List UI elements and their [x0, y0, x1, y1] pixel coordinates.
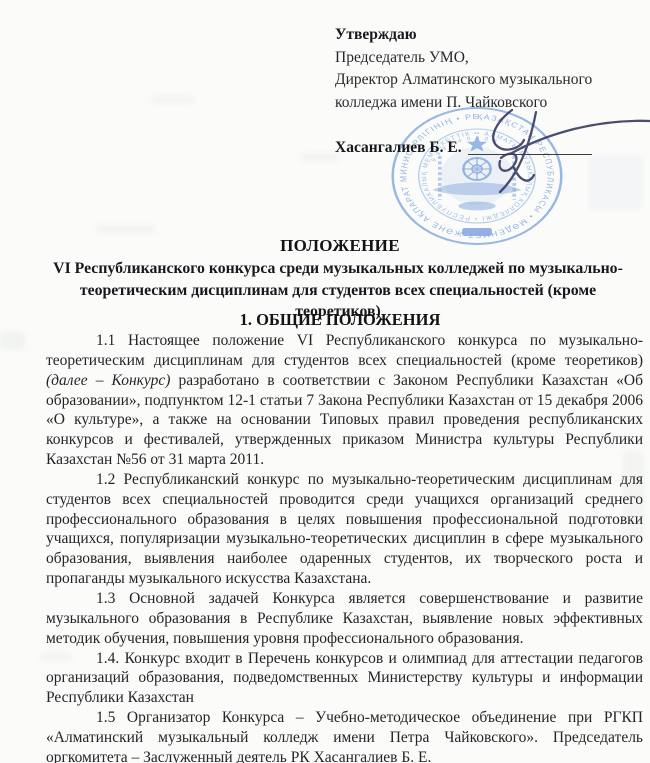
paragraph-1-3: 1.3 Основной задачей Конкурса является с… [46, 589, 643, 649]
section-1-heading: 1. ОБЩИЕ ПОЛОЖЕНИЯ [40, 310, 640, 330]
scan-artifact [150, 95, 195, 104]
signature-stroke-loop [493, 110, 524, 150]
approval-org-line1: Директор Алматинского музыкального [335, 69, 635, 92]
paragraph-1-1-pre: 1.1 Настоящее положение VI Республиканск… [46, 332, 643, 369]
paragraph-1-2: 1.2 Республиканский конкурс по музыкальн… [46, 470, 643, 589]
paragraph-1-4: 1.4. Конкурс входит в Перечень конкурсов… [46, 649, 643, 709]
scan-artifact [300, 152, 340, 162]
paragraph-1-1: 1.1 Настоящее положение VI Республиканск… [46, 331, 643, 470]
approval-word: Утверждаю [335, 24, 635, 47]
emblem-banner [462, 228, 492, 236]
scanned-document-page: Утверждаю Председатель УМО, Директор Алм… [0, 0, 650, 763]
document-body: 1.1 Настоящее положение VI Республиканск… [46, 331, 643, 763]
scan-artifact [95, 225, 155, 233]
document-title: ПОЛОЖЕНИЕ [40, 236, 640, 256]
paragraph-1-1-italic-term: (далее – Конкурс) [46, 372, 170, 389]
handwritten-signature [440, 98, 650, 223]
paragraph-1-5: 1.5 Организатор Конкурса – Учебно-методи… [46, 708, 643, 763]
approval-position: Председатель УМО, [335, 47, 635, 70]
scan-artifact [0, 332, 25, 350]
